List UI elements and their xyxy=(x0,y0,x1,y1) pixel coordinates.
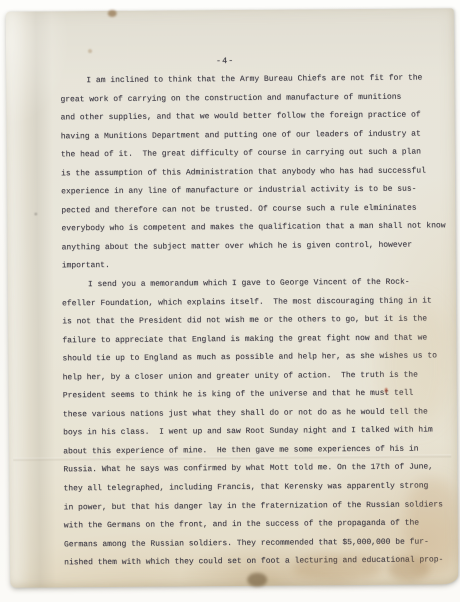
page-number: -4- xyxy=(203,56,247,66)
typed-line: nished them with which they could set on… xyxy=(64,551,456,573)
typed-line: they all telegraphed, including Francis,… xyxy=(63,477,455,499)
typed-line: I send you a memorandum which I gave to … xyxy=(62,273,454,295)
typed-line: I am inclined to think that the Army Bur… xyxy=(60,69,452,91)
paragraph: I am inclined to think that the Army Bur… xyxy=(60,69,454,276)
stain xyxy=(88,49,92,53)
stain xyxy=(108,10,117,17)
stain xyxy=(34,213,37,216)
letter-page: -4- I am inclined to think that the Army… xyxy=(6,8,459,588)
letter-body: I am inclined to think that the Army Bur… xyxy=(60,69,456,573)
scan-background: -4- I am inclined to think that the Army… xyxy=(0,0,460,602)
stain xyxy=(247,573,267,587)
typed-line: anything about the subject matter over w… xyxy=(62,236,454,258)
paragraph: I send you a memorandum which I gave to … xyxy=(62,273,456,573)
